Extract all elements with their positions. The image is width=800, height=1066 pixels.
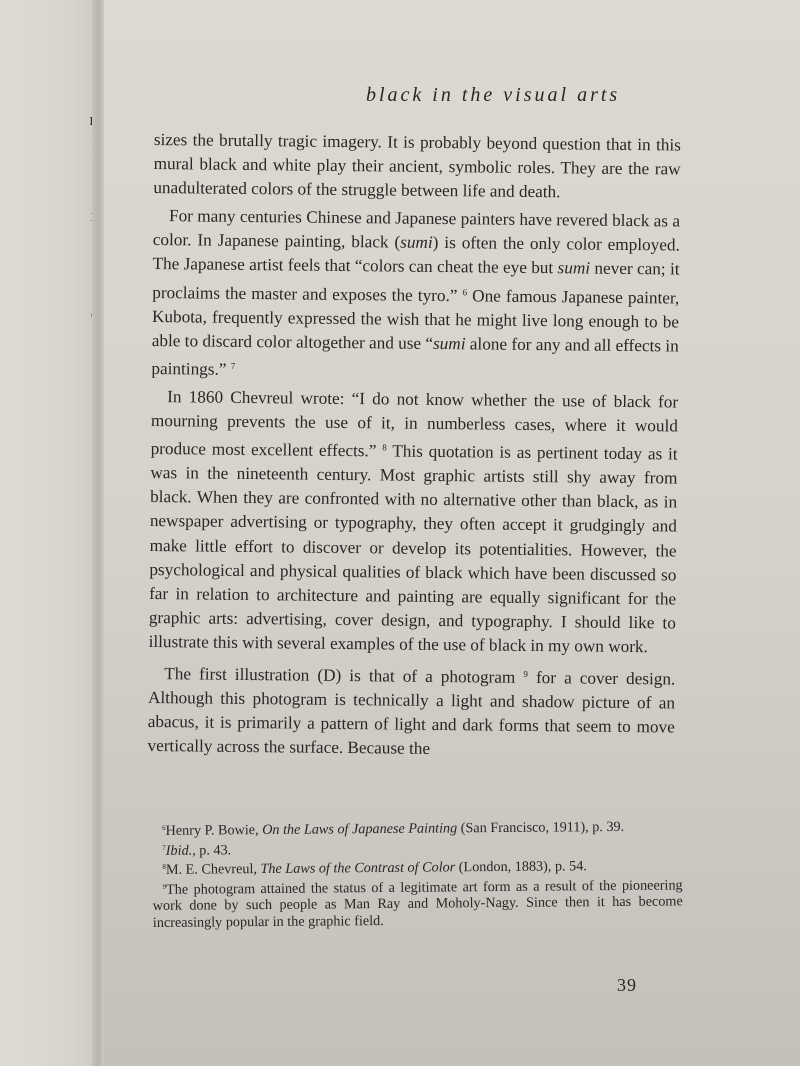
text-run: sizes the brutally tragic imagery. It is… [153, 130, 681, 201]
text-run: , p. 43. [192, 842, 231, 858]
italic-text: On the Laws of Japanese Painting [262, 820, 457, 838]
text-run: The first illustration (D) is that of a … [164, 664, 523, 687]
footnote: 9The photogram attained the status of a … [153, 874, 683, 931]
italic-text: Ibid. [166, 842, 193, 858]
paragraph: In 1860 Chevreul wrote: “I do not know w… [148, 385, 678, 660]
text-run: Henry P. Bowie, [166, 822, 263, 839]
text-run: This quotation is as pertinent today as … [149, 442, 678, 656]
running-head: black in the visual arts [366, 84, 620, 107]
footnote-ref: 7 [231, 361, 236, 371]
text-run: (San Francisco, 1911), p. 39. [457, 819, 624, 836]
text-run: M. E. Chevreul, [166, 861, 261, 878]
paragraph: For many centuries Chinese and Japanese … [151, 204, 680, 386]
paragraph: sizes the brutally tragic imagery. It is… [153, 128, 681, 206]
italic-text: sumi [433, 334, 466, 353]
italic-text: sumi [558, 259, 591, 278]
italic-text: sumi [400, 233, 433, 252]
italic-text: The Laws of the Contrast of Color [260, 859, 455, 877]
body-text: sizes the brutally tragic imagery. It is… [147, 128, 681, 764]
footnotes: 6Henry P. Bowie, On the Laws of Japanese… [152, 815, 683, 931]
text-run: The photogram attained the status of a l… [153, 877, 683, 931]
left-page-fragment: noughppliesies ofptioniscov-e intomentca… [0, 0, 96, 1066]
text-run: (London, 1883), p. 54. [455, 858, 587, 875]
paragraph: The first illustration (D) is that of a … [147, 658, 675, 764]
page-number: 39 [617, 975, 637, 996]
